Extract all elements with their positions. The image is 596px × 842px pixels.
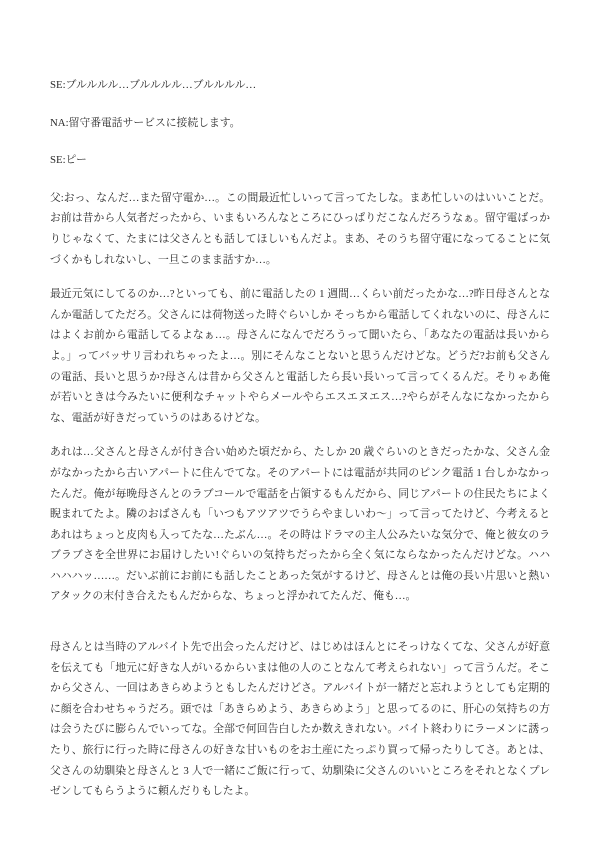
se-cue-ringing: SE:ブルルルル…ブルルルル…ブルルルル… bbox=[50, 75, 550, 96]
script-document-page: SE:ブルルルル…ブルルルル…ブルルルル…NA:留守番電話サービスに接続します。… bbox=[0, 0, 596, 842]
father-monologue-4: 母さんとは当時のアルバイト先で出会ったんだけど、はじめはほんとにそっけなくてな、… bbox=[50, 637, 550, 802]
se-cue-beep: SE:ピー bbox=[50, 150, 550, 171]
father-monologue-1: 父:おっ、なんだ…また留守電か…。この間最近忙しいって言ってたしな。まあ忙しいの… bbox=[50, 188, 550, 270]
father-monologue-2: 最近元気にしてるのか…?といっても、前に電話したの 1 週間…くらい前だったかな… bbox=[50, 284, 550, 428]
father-monologue-3: あれは…父さんと母さんが付き合い始めた頃だから、たしか 20 歳ぐらいのときだっ… bbox=[50, 442, 550, 607]
script-text-body: SE:ブルルルル…ブルルルル…ブルルルル…NA:留守番電話サービスに接続します。… bbox=[50, 75, 550, 802]
na-cue-voicemail: NA:留守番電話サービスに接続します。 bbox=[50, 113, 550, 134]
